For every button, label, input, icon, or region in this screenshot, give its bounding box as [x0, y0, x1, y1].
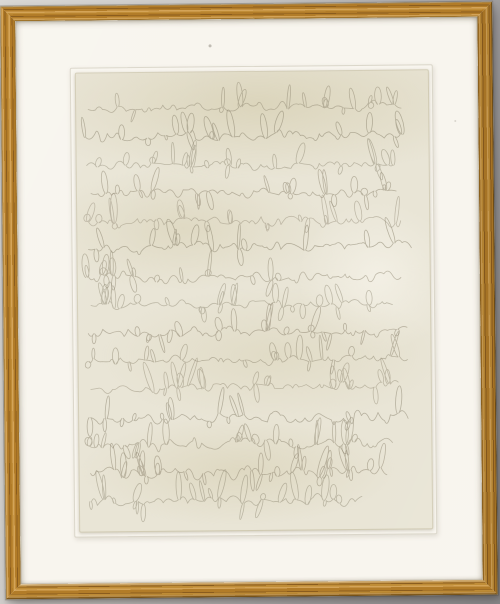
artwork-paper	[75, 69, 433, 532]
scribble-line	[88, 217, 411, 267]
scribble-line	[87, 386, 408, 437]
scribble-line	[82, 248, 401, 298]
mat-board	[15, 17, 482, 584]
scribble-line	[81, 108, 404, 151]
photo-of-framed-artwork	[0, 0, 500, 604]
scribble-line	[89, 468, 362, 522]
picture-frame	[0, 2, 498, 600]
scribble-line	[90, 441, 387, 493]
scribble-line	[91, 279, 393, 323]
scribble-line	[88, 81, 401, 123]
scribble-line	[91, 356, 399, 407]
dust-speck	[454, 120, 456, 122]
scribble-line	[84, 190, 401, 234]
scribble-line	[88, 302, 407, 353]
scribble-line	[91, 165, 397, 212]
scribble-line	[86, 138, 395, 182]
scribble-line	[85, 331, 408, 376]
asemic-handwriting-drawing	[76, 70, 432, 531]
dust-speck	[209, 44, 212, 47]
